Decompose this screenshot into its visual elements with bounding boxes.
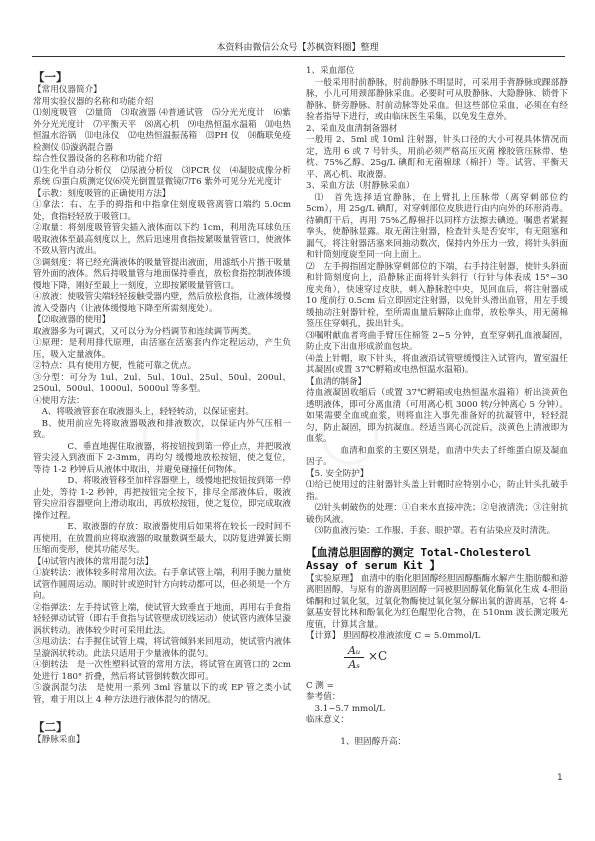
safety-item: ⑵针头刺破伤的处理：①自来水直接冲洗；②皂液清洗；③注射抗破伤风液。: [306, 503, 568, 526]
dispenser-usage-b: B、使用前应先将取液器吸液和排液数次，以保证内外气压相一致。: [33, 419, 291, 442]
dispenser-usage-e: E、取液器的存放：取液器使用后如果将在较长一段时间不再使用，在放置前应将取液器的…: [33, 522, 291, 557]
serum-difference: 血清和血浆的主要区别是，血清中失去了纤维蛋白原及凝血因子。: [306, 446, 568, 469]
section-two-title: 【二】: [33, 720, 291, 734]
reference-label: 参考值：: [306, 692, 568, 704]
method-step: ⑴ 首先选择适宜静脉，在上臂扎上压脉带（离穿刺部位约 5cm），用 25g/L …: [306, 193, 568, 262]
mixing-method: ②指弹法：左手持试管上端，使试管大致垂直于地面，再用右手食指轻轻弹动试管（即右手…: [33, 603, 291, 638]
left-column: 【一】 【常用仪器简介】 常用实验仪器的名称和功能介绍 ⑴刻度吸管 ⑵量筒 ⑶取…: [33, 66, 291, 747]
equipment-text: 一般用 2、5ml 或 10ml 注射器，针头口径的大小可视具体情况而定，选用 …: [306, 135, 568, 181]
venous-heading: 【静脉采血】: [33, 735, 291, 747]
equipment-heading: 2、采血及血清制备器材: [306, 124, 568, 136]
formula-times-c: ×C: [368, 651, 387, 663]
formula-lhs: C 测 =: [306, 681, 568, 693]
right-column: 1、采血部位 一般采用肘前静脉，肘前静脉不明显时，可采用手背静脉或踝部静脉，小儿…: [306, 66, 568, 748]
pipette-heading: 【示教：刻度吸管的正确使用方法】: [33, 189, 291, 201]
instruments-heading: 【常用仪器简介】: [33, 85, 291, 97]
pipette-step: ④放液：使吸管尖端轻轻接触受器内壁，然后放松食指，让液体缓慢流入受器内（让液体缓…: [33, 292, 291, 315]
clinical-item: 1、胆固醇升高：: [306, 737, 568, 749]
pipette-step: ③调刻度：将已经充满液体的吸量管提出液面，用滤纸小片揩干吸量管外面的液体。然后持…: [33, 258, 291, 293]
calc-text: 胆固醇校准液浓度 C = 5.0mmol/L: [343, 631, 480, 641]
mixing-method: ①旋转法：液体较多时常用次法。右手拿试管上端，利用手腕力量使试管作圆周运动。顺时…: [33, 568, 291, 603]
common-instruments-heading: 常用实验仪器的名称和功能介绍: [33, 97, 291, 109]
formula-denominator: Aₛ: [344, 659, 364, 671]
calc-label: 【计算】: [306, 631, 340, 641]
dispenser-usage-d: D、将吸液管移至加样容器壁上，缓慢地把按钮按到第一停止处，等待 1-2 秒钟，再…: [33, 476, 291, 522]
method-step: ⑷盖上针帽，取下针头，将血液沿试管壁缓慢注入试管内，置室温任其凝固(或置 37℃…: [306, 354, 568, 377]
method-heading: 3、采血方法（肘静脉采血）: [306, 181, 568, 193]
comprehensive-heading: 综合性仪器设备的名称和功能介绍: [33, 154, 291, 166]
safety-heading: 【5. 安全防护】: [306, 469, 568, 481]
dispenser-usage-c: C、垂直地握住取液器，将按钮按到第一停止点，并把吸液管尖浸入到液面下 2-3mm…: [33, 442, 291, 477]
section-one-title: 【一】: [33, 70, 291, 84]
dispenser-point: ④使用方法：: [33, 396, 291, 408]
dispenser-point: ③分型：可分为 1ul、2ul、5ul、10ul、25ul、50ul、200ul…: [33, 373, 291, 396]
document-header: 本资料由微信公众号【苏枫资料圈】整理: [0, 40, 595, 53]
safety-item: ⑶防血液污染：工作服、手套、眼护罩。若有沾染应及时清洗。: [306, 526, 568, 538]
dispenser-point: ②特点：具有使用方便，性能可靠之优点。: [33, 361, 291, 373]
method-step: ⑶嘱咐献血者弯曲手臂压住棉签 2~5 分钟，直至穿刺孔血液凝固，防止皮下出血形成…: [306, 331, 568, 354]
calc-paragraph: 【计算】 胆固醇校准液浓度 C = 5.0mmol/L: [306, 631, 568, 643]
dispenser-heading: 【⑵取液器的使用】: [33, 315, 291, 327]
site-heading: 1、采血部位: [306, 66, 568, 78]
dispenser-usage-a: A、将吸液管套在取液器头上，轻轻转动，以保证密封。: [33, 407, 291, 419]
mixing-method: ③甩动法：右手握住试管上端，将试管倾斜来回甩动，使试管内液体呈漩涡状转动。此法只…: [33, 637, 291, 660]
method-step: ⑵ 左手拇指固定静脉穿刺部位的下端，右手持注射器，使针头斜面和针筒刻度向上，沿静…: [306, 262, 568, 331]
formula-fraction: Aᵤ Aₛ: [344, 645, 364, 671]
formula-numerator: Aᵤ: [344, 645, 364, 657]
formula: Aᵤ Aₛ ×C: [306, 645, 568, 681]
site-text: 一般采用肘前静脉，肘前静脉不明显时，可采用手背静脉或踝部静脉，小儿可用颈部静脉采…: [306, 78, 568, 124]
pipette-step: ②取量：将刻度吸管管尖插入液体面以下约 1cm，利用洗耳球负压吸取液体至最高刻度…: [33, 223, 291, 258]
dispenser-intro: 取液器多为可调式，又可以分为分档调节和连续调节两类。: [33, 327, 291, 339]
pipette-step: ①拿法：右、左手的拇指和中指拿住刻度吸管离管口端约 5.0cm 处，食指轻轻放于…: [33, 200, 291, 223]
principle-label: 【实验原理】: [306, 574, 358, 584]
mixing-heading: 【⑷试管内液体的常用混匀法】: [33, 557, 291, 569]
principle-paragraph: 【实验原理】 血清中的脂化胆固醇经胆固醇酯酶水解产生脂肪酸和游离胆固醇，与原有的…: [306, 574, 568, 632]
serum-text: 待血液凝固收缩后（或置 37℃孵箱或电热恒温水温箱）析出淡黄色透明液体，即可分离…: [306, 388, 568, 446]
common-instruments-list: ⑴刻度吸管 ⑵量筒 ⑶取液器 ⑷普通试管 ⑸分光光度计 ⑹紫外分光光度计 ⑺平衡…: [33, 108, 291, 154]
assay-title: 【血清总胆固醇的测定 Total-Cholesterol Assay of se…: [306, 546, 568, 573]
comprehensive-list: ⑴生化半自动分析仪 ⑵尿液分析仪 ⑶PCR 仪 ⑷凝胶成像分析系统 ⑸蛋白质测定…: [33, 166, 291, 189]
page-number: 1: [557, 773, 563, 783]
mixing-method: ⑤漩涡混匀法 是使用一系列 3ml 容量以下的或 EP 管之类小试管，难于用以上…: [33, 683, 291, 706]
safety-item: ⑴给已使用过的注射器针头盖上针帽时应特别小心，防止针头扎破手指。: [306, 480, 568, 503]
dispenser-point: ①原理：是利用排代原理，由活塞在活塞套内作定程运动，产生负压，吸入定量液体。: [33, 338, 291, 361]
mixing-method: ④倒转法 是一次性塑料试管的常用方法，将试管在离管口的 2cm 处进行 180°…: [33, 660, 291, 683]
reference-value: 3.1~5.7 mmol/L: [306, 704, 568, 716]
header-divider: [32, 56, 565, 57]
serum-heading: 【血清的制备】: [306, 377, 568, 389]
clinical-label: 临床意义：: [306, 715, 568, 727]
